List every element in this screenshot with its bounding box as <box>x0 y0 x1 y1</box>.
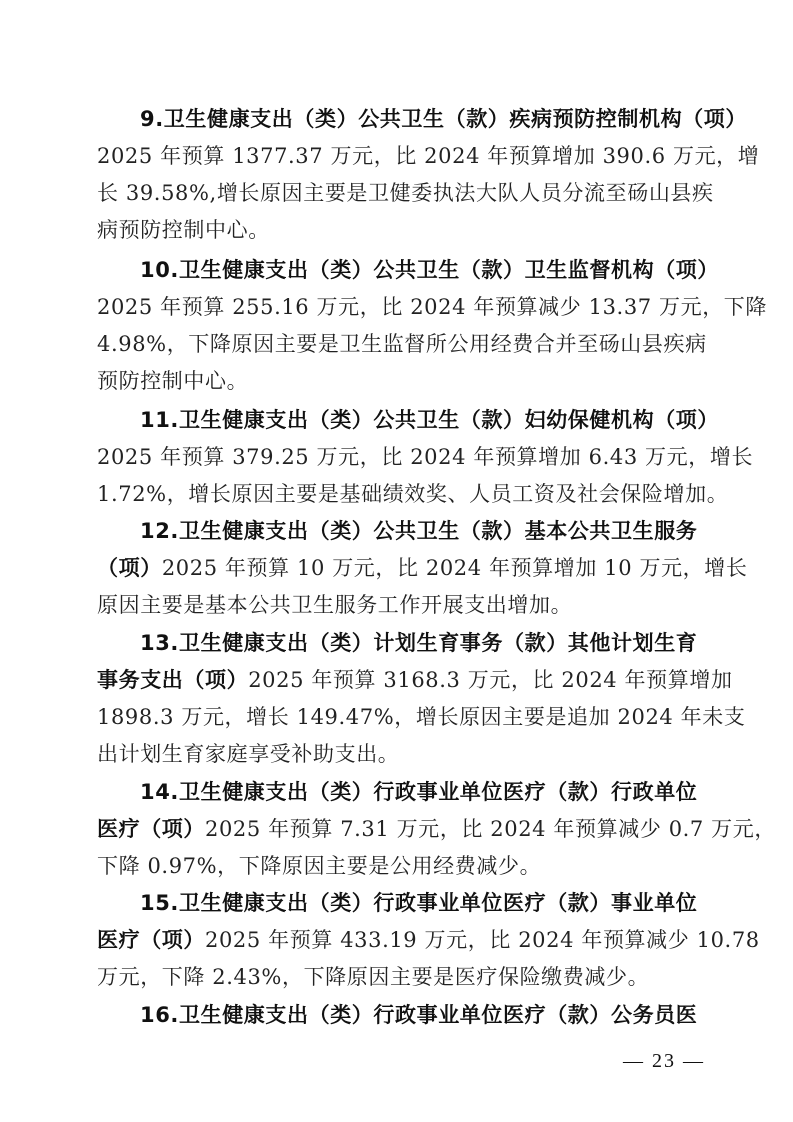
bold-text: 16.卫生健康支出（类）行政事业单位医疗（款）公务员医 <box>140 1003 697 1027</box>
paragraph-line: 长 39.58%,增长原因主要是卫健委执法大队人员分流至砀山县疾 <box>97 180 687 206</box>
bold-text: 15.卫生健康支出（类）行政事业单位医疗（款）事业单位 <box>140 891 697 915</box>
paragraph-line: 4.98%，下降原因主要是卫生监督所公用经费合并至砀山县疾病 <box>97 331 687 357</box>
body-text: 2025 年预算 255.16 万元，比 2024 年预算减少 13.37 万元… <box>97 295 767 319</box>
body-text: 2025 年预算 1377.37 万元，比 2024 年预算增加 390.6 万… <box>97 144 759 168</box>
body-text: 预防控制中心。 <box>97 369 248 393</box>
body-text: 2025 年预算 10 万元，比 2024 年预算增加 10 万元，增长 <box>162 556 748 580</box>
paragraph-line: 事务支出（项）2025 年预算 3168.3 万元，比 2024 年预算增加 <box>97 667 687 693</box>
bold-text: 9.卫生健康支出（类）公共卫生（款）疾病预防控制机构（项） <box>140 107 747 131</box>
body-text: 2025 年预算 3168.3 万元，比 2024 年预算增加 <box>248 668 732 692</box>
paragraph-line: 出计划生育家庭享受补助支出。 <box>97 741 687 767</box>
section-heading-line: 10.卫生健康支出（类）公共卫生（款）卫生监督机构（项） <box>140 257 687 283</box>
bold-text: 12.卫生健康支出（类）公共卫生（款）基本公共卫生服务 <box>140 519 697 543</box>
body-text: 2025 年预算 379.25 万元，比 2024 年预算增加 6.43 万元，… <box>97 445 753 469</box>
bold-text: 医疗（项） <box>97 817 205 841</box>
paragraph-line: 医疗（项）2025 年预算 433.19 万元，比 2024 年预算减少 10.… <box>97 927 687 953</box>
bold-text: 10.卫生健康支出（类）公共卫生（款）卫生监督机构（项） <box>140 258 719 282</box>
section-heading-line: 9.卫生健康支出（类）公共卫生（款）疾病预防控制机构（项） <box>140 106 687 132</box>
bold-text: 13.卫生健康支出（类）计划生育事务（款）其他计划生育 <box>140 631 697 655</box>
paragraph-line: 1898.3 万元，增长 149.47%，增长原因主要是追加 2024 年未支 <box>97 704 687 730</box>
paragraph-line: 病预防控制中心。 <box>97 217 687 243</box>
paragraph-line: 2025 年预算 379.25 万元，比 2024 年预算增加 6.43 万元，… <box>97 444 687 470</box>
body-text: 4.98%，下降原因主要是卫生监督所公用经费合并至砀山县疾病 <box>97 332 707 356</box>
section-heading-line: 14.卫生健康支出（类）行政事业单位医疗（款）行政单位 <box>140 779 687 805</box>
page-number: — 23 — <box>623 1050 705 1073</box>
body-text: 病预防控制中心。 <box>97 218 270 242</box>
body-text: 下降 0.97%，下降原因主要是公用经费减少。 <box>97 854 541 878</box>
body-text: 2025 年预算 433.19 万元，比 2024 年预算减少 10.78 <box>205 928 760 952</box>
section-heading-line: 11.卫生健康支出（类）公共卫生（款）妇幼保健机构（项） <box>140 407 687 433</box>
body-text: 原因主要是基本公共卫生服务工作开展支出增加。 <box>97 593 572 617</box>
bold-text: 11.卫生健康支出（类）公共卫生（款）妇幼保健机构（项） <box>140 408 719 432</box>
body-text: 2025 年预算 7.31 万元，比 2024 年预算减少 0.7 万元， <box>205 817 776 841</box>
paragraph-line: 原因主要是基本公共卫生服务工作开展支出增加。 <box>97 592 687 618</box>
paragraph-line: 万元，下降 2.43%，下降原因主要是医疗保险缴费减少。 <box>97 964 687 990</box>
body-text: 1.72%，增长原因主要是基础绩效奖、人员工资及社会保险增加。 <box>97 482 728 506</box>
bold-text: 医疗（项） <box>97 928 205 952</box>
paragraph-line: （项）2025 年预算 10 万元，比 2024 年预算增加 10 万元，增长 <box>97 555 687 581</box>
section-heading-line: 15.卫生健康支出（类）行政事业单位医疗（款）事业单位 <box>140 890 687 916</box>
bold-text: 事务支出（项） <box>97 668 248 692</box>
section-heading-line: 12.卫生健康支出（类）公共卫生（款）基本公共卫生服务 <box>140 518 687 544</box>
body-text: 1898.3 万元，增长 149.47%，增长原因主要是追加 2024 年未支 <box>97 705 745 729</box>
paragraph-line: 预防控制中心。 <box>97 368 687 394</box>
paragraph-line: 下降 0.97%，下降原因主要是公用经费减少。 <box>97 853 687 879</box>
body-text: 万元，下降 2.43%，下降原因主要是医疗保险缴费减少。 <box>97 965 649 989</box>
bold-text: 14.卫生健康支出（类）行政事业单位医疗（款）行政单位 <box>140 780 697 804</box>
paragraph-line: 1.72%，增长原因主要是基础绩效奖、人员工资及社会保险增加。 <box>97 481 687 507</box>
document-page: 9.卫生健康支出（类）公共卫生（款）疾病预防控制机构（项）2025 年预算 13… <box>0 0 793 1122</box>
body-text: 长 39.58%,增长原因主要是卫健委执法大队人员分流至砀山县疾 <box>97 181 714 205</box>
paragraph-line: 医疗（项）2025 年预算 7.31 万元，比 2024 年预算减少 0.7 万… <box>97 816 687 842</box>
bold-text: （项） <box>97 556 162 580</box>
body-text: 出计划生育家庭享受补助支出。 <box>97 742 399 766</box>
paragraph-line: 2025 年预算 1377.37 万元，比 2024 年预算增加 390.6 万… <box>97 143 687 169</box>
section-heading-line: 13.卫生健康支出（类）计划生育事务（款）其他计划生育 <box>140 630 687 656</box>
paragraph-line: 2025 年预算 255.16 万元，比 2024 年预算减少 13.37 万元… <box>97 294 687 320</box>
section-heading-line: 16.卫生健康支出（类）行政事业单位医疗（款）公务员医 <box>140 1002 687 1028</box>
